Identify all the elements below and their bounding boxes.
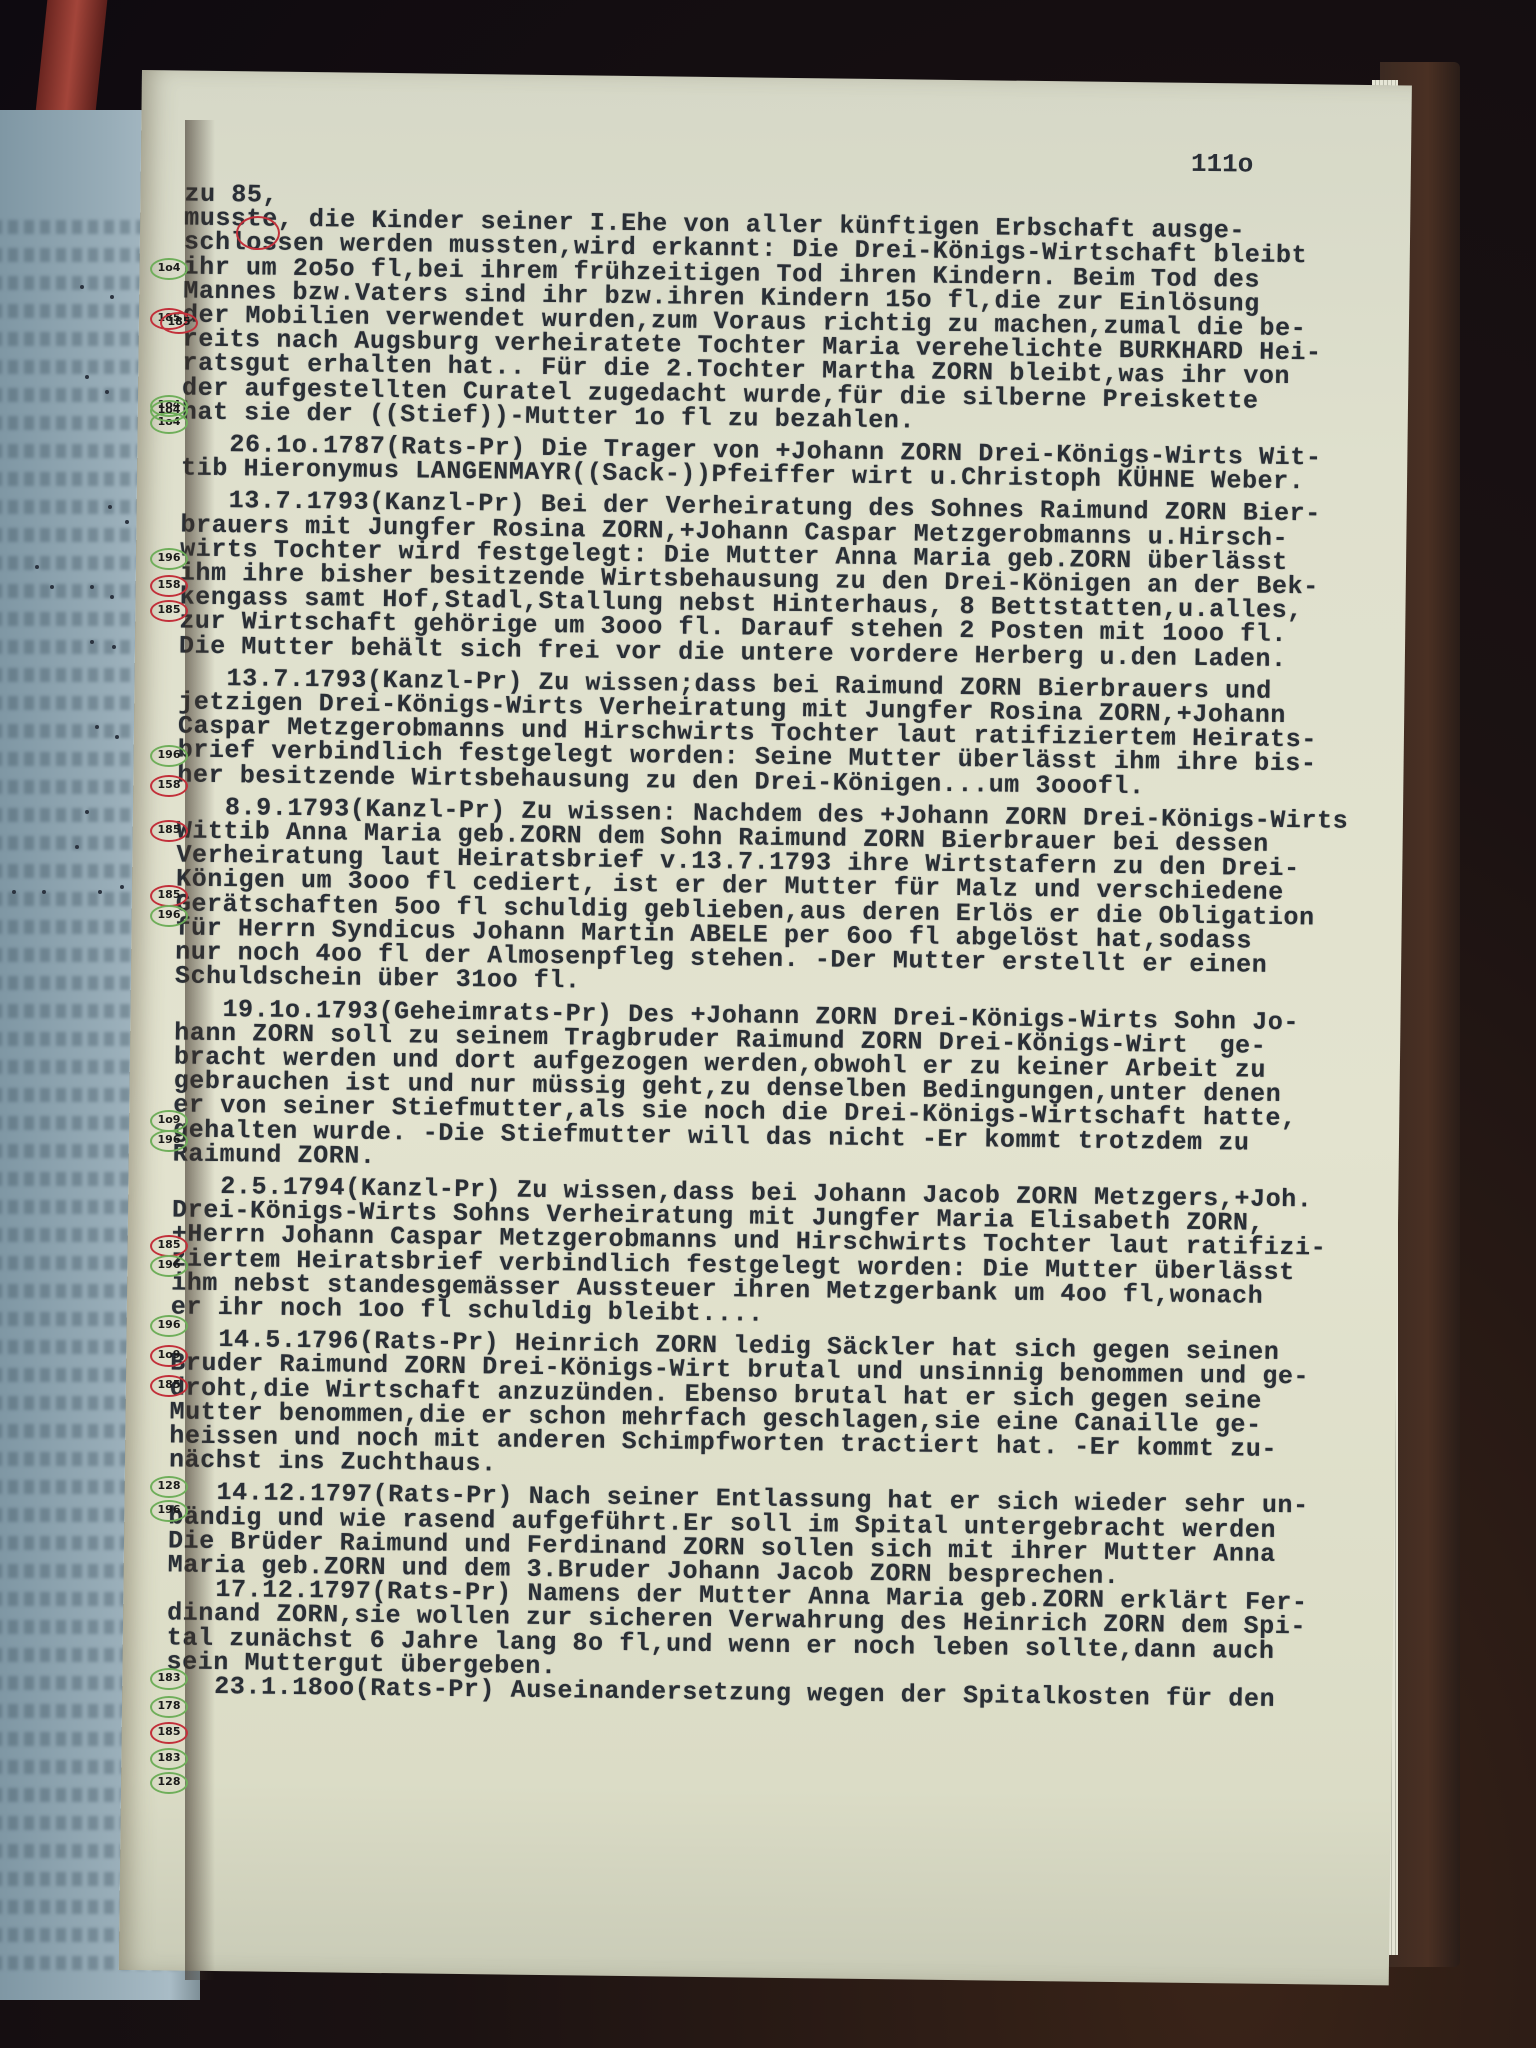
- dated-entry: 13.7.1793(Kanzl-Pr) Bei der Verheiratung…: [179, 489, 1361, 673]
- margin-annotation-green: 1o9: [150, 1110, 188, 1132]
- intro-paragraph: zu 85,musste, die Kinder seiner I.Ehe vo…: [182, 183, 1365, 439]
- facing-page-dot: [115, 735, 119, 739]
- margin-annotation-green: 196: [150, 905, 188, 927]
- facing-page-dot: [50, 585, 54, 589]
- facing-page-dot: [75, 845, 79, 849]
- facing-page-dot: [112, 645, 116, 649]
- margin-annotation-green: 1o4: [150, 258, 188, 280]
- margin-annotation-red: 185: [150, 1235, 188, 1257]
- margin-annotation-green: 183: [150, 1748, 188, 1770]
- page-number: 111o: [1191, 149, 1254, 180]
- margin-annotation-red: 185: [150, 820, 188, 842]
- facing-page-dot: [85, 810, 89, 814]
- facing-page-dot: [120, 885, 124, 889]
- dated-entry: 2.5.1794(Kanzl-Pr) Zu wissen,dass bei Jo…: [171, 1174, 1353, 1334]
- margin-annotation-red: 185: [150, 1375, 188, 1397]
- dated-entry: 13.7.1793(Kanzl-Pr) Zu wissen;dass bei R…: [177, 666, 1358, 801]
- dated-entry: 17.12.1797(Rats-Pr) Namens der Mutter An…: [166, 1578, 1347, 1689]
- margin-annotation-green: 196: [150, 1315, 188, 1337]
- margin-annotation-red: 185: [160, 312, 198, 334]
- margin-annotation-green: 183: [150, 1668, 188, 1690]
- margin-annotation-green: 178: [150, 1696, 188, 1718]
- facing-page-dot: [12, 890, 16, 894]
- margin-annotation-red: 158: [150, 775, 188, 797]
- margin-annotation-green: 196: [150, 1255, 188, 1277]
- facing-page-dot: [110, 595, 114, 599]
- margin-annotation-green: 128: [150, 1772, 188, 1794]
- margin-annotation-green: 128: [150, 1476, 188, 1498]
- margin-annotation-green: 196: [150, 1500, 188, 1522]
- margin-annotation-red: 185: [150, 1722, 188, 1744]
- margin-annotation-red: 1o9: [150, 1345, 188, 1367]
- margin-annotation-green: 1o4: [150, 400, 188, 422]
- margin-annotation-green: 196: [150, 548, 188, 570]
- document-page: 111o zu 85,musste, die Kinder seiner I.E…: [119, 70, 1412, 1985]
- facing-page-dot: [80, 285, 84, 289]
- margin-annotation-red: 158: [150, 575, 188, 597]
- dated-entry: 14.5.1796(Rats-Pr) Heinrich ZORN ledig S…: [169, 1328, 1351, 1488]
- facing-page-dot: [110, 295, 114, 299]
- gutter-shadow: [185, 120, 215, 1980]
- margin-annotation-green: 196: [150, 745, 188, 767]
- facing-page-dot: [90, 640, 94, 644]
- margin-annotation-green: 196: [150, 1130, 188, 1152]
- dated-entry: 14.12.1797(Rats-Pr) Nach seiner Entlassu…: [168, 1481, 1349, 1592]
- dated-entry: 26.1o.1787(Rats-Pr) Die Trager von +Joha…: [181, 433, 1362, 496]
- facing-page-dot: [42, 890, 46, 894]
- dated-entry: 8.9.1793(Kanzl-Pr) Zu wissen: Nachdem de…: [175, 795, 1357, 1003]
- facing-page-dot: [98, 890, 102, 894]
- facing-page-dot: [85, 375, 89, 379]
- dated-entry: 19.1o.1793(Geheimrats-Pr) Des +Johann ZO…: [173, 997, 1355, 1181]
- facing-page-dot: [108, 505, 112, 509]
- red-circle-annotation: [236, 216, 280, 250]
- document-body: zu 85,musste, die Kinder seiner I.Ehe vo…: [166, 183, 1364, 1713]
- facing-page-dot: [90, 585, 94, 589]
- margin-annotation-red: 185: [150, 600, 188, 622]
- margin-annotation-red: 185: [150, 885, 188, 907]
- facing-page-dot: [105, 390, 109, 394]
- facing-page-dot: [35, 565, 39, 569]
- facing-page-dot: [95, 725, 99, 729]
- facing-page-dot: [125, 520, 129, 524]
